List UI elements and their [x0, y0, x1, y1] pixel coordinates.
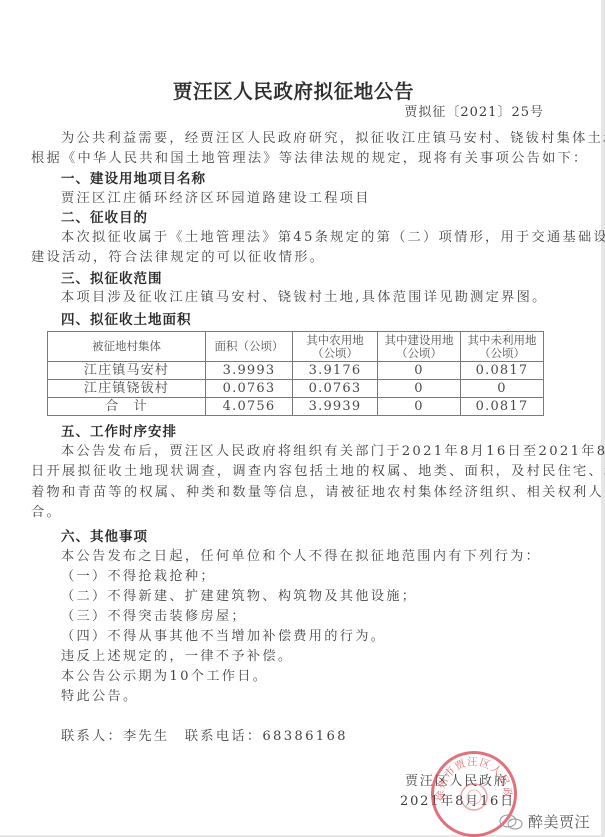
section-heading-4: 四、拟征收土地面积 — [61, 312, 192, 328]
section-2-line-1: 本次拟征收属于《土地管理法》第45条规定的第（二）项情形，用于交通基础设施类 — [61, 230, 605, 246]
table-header-cell: 其中农用地（公顷） — [293, 332, 378, 362]
table-cell: 江庄镇铙钹村 — [48, 380, 206, 398]
section-heading-5: 五、工作时序安排 — [61, 424, 177, 440]
table-header-cell: 被征地村集体 — [48, 332, 206, 362]
section-5-line-4: 合。 — [31, 505, 62, 521]
table-row: 江庄镇马安村 3.9993 3.9176 0 0.0817 — [48, 362, 544, 380]
section-heading-3: 三、拟征收范围 — [61, 271, 163, 287]
table-header-cell: 其中建设用地（公顷） — [378, 332, 461, 362]
section-2-line-2: 建设活动，符合法律规定的可以征收情形。 — [31, 250, 325, 266]
section-5-line-1: 本公告发布后，贾汪区人民政府将组织有关部门于2021年8月16日至2021年8月… — [61, 444, 605, 460]
signature-org: 贾汪区人民政府 — [405, 770, 509, 789]
intro-line-2: 根据《中华人民共和国土地管理法》等法律法规的规定，现将有关事项公告如下： — [31, 151, 589, 167]
section-heading-2: 二、征收目的 — [61, 210, 148, 226]
section-6-line-3: （二）不得新建、扩建建筑物、构筑物及其他设施； — [61, 589, 417, 605]
section-6-line-8: 特此公告。 — [61, 689, 138, 705]
page-title: 贾汪区人民政府拟征地公告 — [0, 76, 587, 104]
table-cell: 0 — [378, 380, 461, 398]
table-cell: 0 — [378, 362, 461, 380]
document-page: 贾汪区人民政府拟征地公告 贾拟征〔2021〕25号 为公共利益需要，经贾汪区人民… — [0, 0, 605, 837]
section-heading-6: 六、其他事项 — [61, 529, 148, 545]
table-row: 江庄镇铙钹村 0.0763 0.0763 0 0 — [48, 380, 544, 398]
section-6-line-6: 违反上述规定的，一律不予补偿。 — [61, 649, 293, 665]
table-header-cell: 其中未利用地（公顷） — [461, 332, 544, 362]
table-cell: 3.9993 — [206, 362, 293, 380]
section-6-line-4: （三）不得突击装修房屋； — [61, 609, 247, 625]
wechat-icon — [498, 813, 524, 831]
section-6-line-5: （四）不得从事其他不当增加补偿费用的行为。 — [61, 629, 386, 645]
document-number: 贾拟征〔2021〕25号 — [404, 101, 544, 120]
table-cell: 3.9939 — [293, 398, 378, 416]
table-total-row: 合 计 4.0756 3.9939 0 0.0817 — [48, 398, 544, 416]
table-cell: 0 — [461, 380, 544, 398]
table-cell: 江庄镇马安村 — [48, 362, 206, 380]
land-area-table: 被征地村集体 面积（公顷） 其中农用地（公顷） 其中建设用地（公顷） 其中未利用… — [47, 331, 544, 416]
signature-date: 2021年8月16日 — [400, 790, 515, 809]
section-3-line-1: 本项目涉及征收江庄镇马安村、铙钹村土地,具体范围详见勘测定界图。 — [61, 290, 548, 306]
table-cell: 3.9176 — [293, 362, 378, 380]
section-5-line-3: 着物和青苗等的权属、种类和数量等信息，请被征地农村集体经济组织、相关权利人予以配 — [31, 485, 605, 501]
table-cell: 0.0817 — [461, 362, 544, 380]
watermark-text: 醉美贾汪 — [528, 811, 590, 832]
section-6-line-2: （一）不得抢栽抢种； — [61, 569, 216, 585]
section-5-line-2: 日开展拟征收土地现状调查，调查内容包括土地的权属、地类、面积，及村民住宅、地上附 — [31, 464, 605, 480]
table-cell: 0.0817 — [461, 398, 544, 416]
contact-line: 联系人：李先生 联系电话：68386168 — [61, 729, 348, 745]
table-cell: 0.0763 — [206, 380, 293, 398]
table-cell: 0.0763 — [293, 380, 378, 398]
section-6-line-1: 本公告发布之日起，任何单位和个人不得在拟征地范围内有下列行为： — [61, 549, 541, 565]
section-heading-1: 一、建设用地项目名称 — [61, 171, 206, 187]
section-1-line-1: 贾汪区江庄循环经济区环园道路建设工程项目 — [61, 191, 371, 207]
section-6-line-7: 本公告公示期为10个工作日。 — [61, 669, 268, 685]
table-cell: 0 — [378, 398, 461, 416]
intro-line-1: 为公共利益需要，经贾汪区人民政府研究，拟征收江庄镇马安村、铙钹村集体土地， — [61, 131, 605, 147]
table-header-row: 被征地村集体 面积（公顷） 其中农用地（公顷） 其中建设用地（公顷） 其中未利用… — [48, 332, 544, 362]
table-header-cell: 面积（公顷） — [206, 332, 293, 362]
table-cell: 合 计 — [48, 398, 206, 416]
watermark: 醉美贾汪 — [498, 811, 590, 832]
table-cell: 4.0756 — [206, 398, 293, 416]
